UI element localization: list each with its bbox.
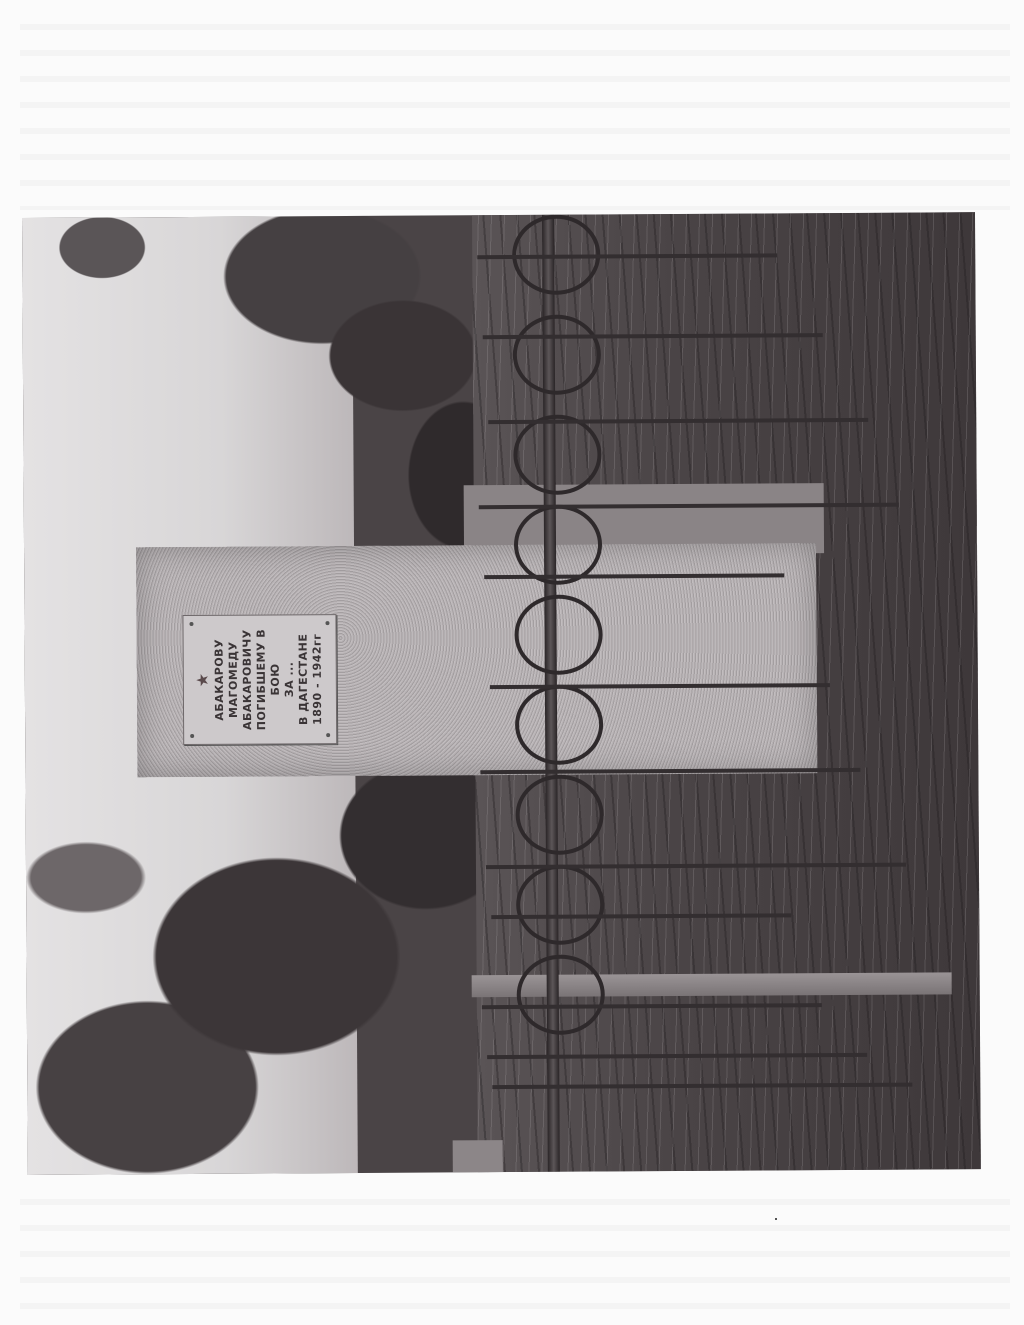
fence-ring <box>515 774 603 855</box>
scan-speck <box>775 1218 777 1220</box>
star-icon: ★ <box>195 672 211 687</box>
fence-ring <box>513 314 601 395</box>
fence-ring <box>514 594 602 675</box>
memorial-plaque: ★ АБАКАРОВУ МАГОМЕДУ АБАКАРОВИЧУ ПОГИБШЕ… <box>182 614 337 745</box>
fence-ring <box>515 684 603 765</box>
fence-ring <box>517 954 605 1035</box>
trees-bottom <box>25 755 548 1175</box>
fence-ring <box>516 864 604 945</box>
plaque-line: АБАКАРОВИЧУ <box>241 629 256 730</box>
fence-ring <box>514 504 602 585</box>
memorial-photograph: ★ АБАКАРОВУ МАГОМЕДУ АБАКАРОВИЧУ ПОГИБШЕ… <box>22 212 981 1175</box>
plaque-line: ЗА ... <box>283 661 297 697</box>
small-plaque <box>453 1140 503 1172</box>
plaque-line: ПОГИБШЕМУ В БОЮ <box>254 615 283 743</box>
plaque-text: ★ АБАКАРОВУ МАГОМЕДУ АБАКАРОВИЧУ ПОГИБШЕ… <box>184 615 335 744</box>
plaque-line: АБАКАРОВУ <box>213 639 227 721</box>
plaque-dates: 1890 - 1942гг <box>311 633 326 725</box>
trees-top <box>22 215 524 548</box>
show-through-text-top <box>20 10 1010 210</box>
show-through-text-bottom <box>20 1185 1010 1315</box>
fence-ring <box>513 414 601 495</box>
plaque-line: МАГОМЕДУ <box>227 641 241 718</box>
plaque-line: В ДАГЕСТАНЕ <box>297 634 312 725</box>
